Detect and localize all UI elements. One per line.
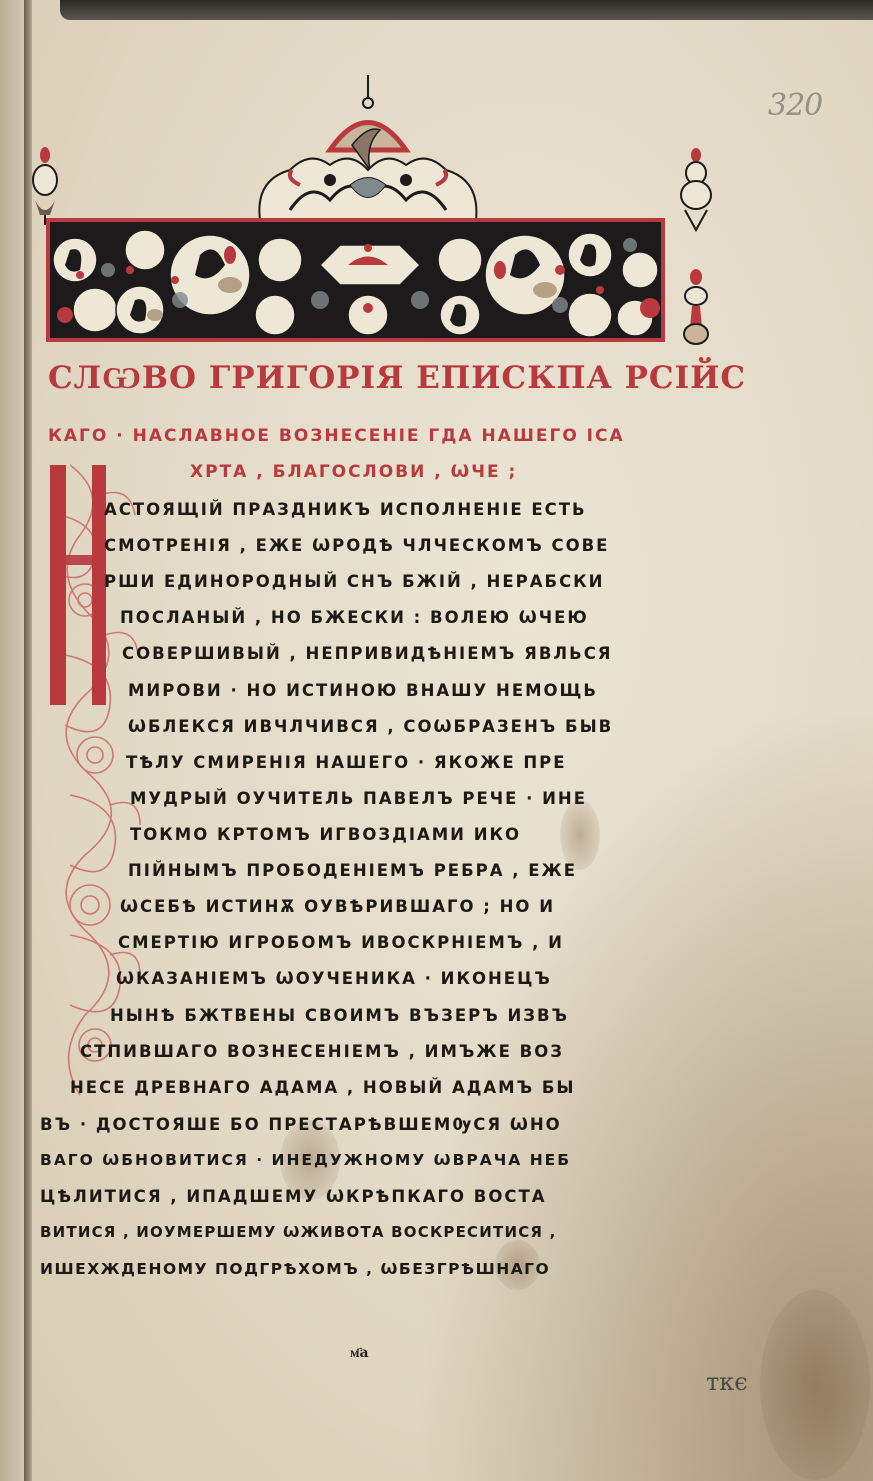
text-line: АСТОЯЩІЙ ПРАЗДНИКЪ ИСПОЛНЕНІЕ ЕСТЬ (104, 500, 587, 519)
text-line: НЫНѢ БЖТВЕНЫ СВОИМЪ ВЪЗЕРЪ ИЗВЪ (110, 1006, 569, 1025)
text-line: ВИТИСЯ , ИОУМЕРШЕМУ ѠЖИВОТА ВОСКРЕСИТИСЯ… (40, 1223, 556, 1241)
corner-discoloration (760, 1290, 870, 1480)
text-line: МУДРЫЙ ОУЧИТЕЛЬ ПАВЕЛЪ РЕЧЕ · ИНЕ (130, 789, 587, 808)
folio-number-bottom: ткє (706, 1368, 748, 1396)
ornamental-band (48, 220, 663, 340)
book-cover-edge (60, 0, 873, 20)
decorative-headpiece-ornament (30, 70, 720, 350)
foxing-stain (560, 800, 600, 870)
text-line: ТѢЛУ СМИРЕНІЯ НАШЕГО · ЯКОЖЕ ПРЕ (126, 753, 567, 772)
text-line: ѠБЛЕКСЯ ИВЧЛЧИВСЯ , СОѠБРАЗЕНЪ БЫВ (128, 717, 613, 736)
text-line: РШИ ЕДИНОРОДНЫЙ СНЪ БЖІЙ , НЕРАБСКИ (104, 572, 604, 591)
text-line: ѠСЕБѢ ИСТИНѪ ОУВѢРИВШАГО ; НО И (120, 897, 555, 916)
folio-number-top: 320 (768, 88, 822, 123)
left-finial-icon (33, 147, 57, 225)
right-finial-icon (681, 148, 711, 344)
text-line: ТОКМО КРТОМЪ ИГВОЗДІАМИ ИКО (130, 825, 521, 844)
text-line: ѠКАЗАНІЕМЪ ѠОУЧЕНИКА · ИКОНЕЦЪ (116, 969, 552, 988)
text-line: МИРОВИ · НО ИСТИНОЮ ВНАШУ НЕМОЩЬ (128, 681, 598, 700)
initial-left-stem (50, 465, 66, 705)
text-line: ЦѢЛИТИСЯ , ИПАДШЕМУ ѠКРѢПКАГО ВОСТА (40, 1187, 547, 1206)
text-line: ВЪ · ДОСТОЯШЕ БО ПРЕСТАРѢВШЕМѸСЯ ѠНО (40, 1115, 562, 1134)
text-line: ИШЕХЖДЕНОМУ ПОДГРѢХОМЪ , ѠБЕЗГРѢШНАГО (40, 1260, 550, 1278)
title-rubric-line-3: ХРТА , БЛАГОСЛОВИ , ѠЧЕ ; (190, 462, 517, 482)
text-line: СТПИВШАГО ВОЗНЕСЕНІЕМЪ , ИМЪЖЕ ВОЗ (80, 1042, 564, 1061)
text-line: СМЕРТІЮ ИГРОБОМЪ ИВОСКРНІЕМЪ , И (118, 933, 564, 952)
text-line: СОВЕРШИВЫЙ , НЕПРИВИДѢНІЕМЪ ЯВЛЬСЯ (122, 644, 613, 663)
text-line: ПІЙНЫМЪ ПРОБОДЕНІЕМЪ РЕБРА , ЕЖЕ (128, 861, 577, 880)
text-line: НЕСЕ ДРЕВНАГО АДАМА , НОВЫЙ АДАМЪ БЫ (70, 1078, 576, 1097)
title-rubric-line-2: КАГО · НАСЛАВНОЕ ВОЗНЕСЕНІЕ ГДА НАШЕГО І… (48, 426, 625, 446)
manuscript-page: 320 (0, 0, 873, 1481)
title-rubric-line-1: СЛѠВО ГРИГОРІЯ ЕПИСКПА РСІЙС (48, 360, 688, 396)
quire-signature: м҃а (350, 1345, 369, 1362)
center-crown-ornament (259, 75, 476, 220)
initial-crossbar (66, 555, 92, 565)
text-line: ВАГО ѠБНОВИТИСЯ · ИНЕДУЖНОМУ ѠВРАЧА НЕБ (40, 1151, 571, 1169)
text-line: СМОТРЕНІЯ , ЕЖЕ ѠРОДѢ ЧЛЧЕСКОМЪ СОВЕ (104, 536, 609, 555)
text-line: ПОСЛАНЫЙ , НО БЖЕСКИ : ВОЛЕЮ ѠЧЕЮ (120, 608, 589, 627)
